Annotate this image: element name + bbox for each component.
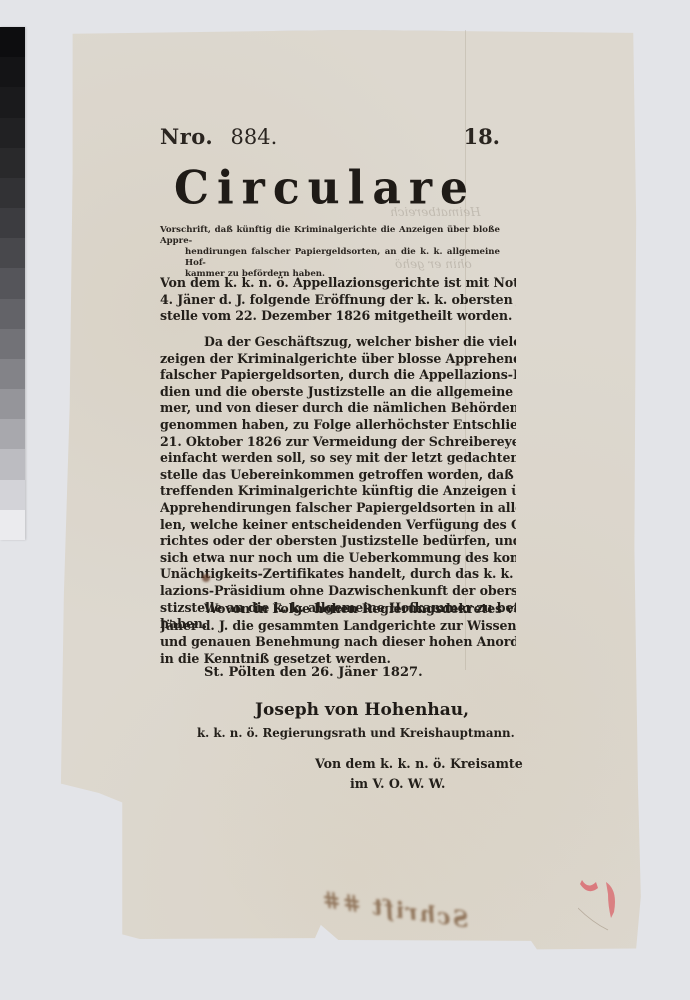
issuer-line: im V. O. W. W. [350, 776, 445, 791]
subtitle-line: Vorschrift, daß künftig die Kriminalgeri… [160, 225, 500, 247]
calibration-patch [0, 299, 25, 329]
paragraph-line: 21. Oktober 1826 zur Vermeidung der Schr… [160, 434, 516, 451]
document-number: Nro. 884. [160, 124, 277, 149]
calibration-patch [0, 178, 25, 208]
paragraph-line: treffenden Kriminalgerichte künftig die … [160, 483, 516, 500]
calibration-patch [0, 359, 25, 389]
page-number: 18. [463, 124, 500, 149]
paragraph-line: genommen haben, zu Folge allerhöchster E… [160, 417, 516, 434]
calibration-patch [0, 148, 25, 178]
paragraph-line: Wovon in Folge hohen Regierungsdekretes … [160, 601, 516, 618]
calibration-patch [0, 118, 25, 148]
calibration-patch [0, 389, 25, 419]
paragraph-line: dien und die oberste Justizstelle an die… [160, 384, 516, 401]
calibration-patch [0, 87, 25, 117]
paragraph-intro: Von dem k. k. n. ö. Appellazionsgerichte… [160, 275, 516, 325]
red-stamp-fragment [578, 878, 626, 934]
paragraph-line: Jäner d. J. die gesammten Landgerichte z… [160, 618, 516, 635]
calibration-patch [0, 480, 25, 510]
signer-title: k. k. n. ö. Regierungsrath und Kreishaup… [197, 726, 515, 740]
document-subtitle: Vorschrift, daß künftig die Kriminalgeri… [160, 225, 500, 280]
paragraph-line: zeigen der Kriminalgerichte über blosse … [160, 351, 516, 368]
paragraph-decree: Wovon in Folge hohen Regierungsdekretes … [160, 601, 516, 667]
calibration-patch [0, 268, 25, 298]
grayscale-calibration-strip [0, 27, 25, 540]
calibration-patch [0, 329, 25, 359]
paragraph-line: Unächtigkeits-Zertifikates handelt, durc… [160, 566, 516, 583]
paragraph-line: stelle vom 22. Dezember 1826 mitgetheilt… [160, 308, 516, 325]
paragraph-line: falscher Papiergeldsorten, durch die App… [160, 367, 516, 384]
paragraph-line: einfacht werden soll, so sey mit der let… [160, 450, 516, 467]
document-title: Circulare [150, 162, 500, 216]
calibration-patch [0, 57, 25, 87]
paragraph-line: stelle das Uebereinkommen getroffen word… [160, 467, 516, 484]
signer-name: Joseph von Hohenhau, [255, 700, 469, 720]
paragraph-line: und genauen Benehmung nach dieser hohen … [160, 634, 516, 651]
number-value: 884. [231, 125, 278, 149]
calibration-patch [0, 510, 25, 540]
calibration-patch [0, 27, 25, 57]
paragraph-main: Da der Geschäftszug, welcher bisher die … [160, 334, 516, 633]
number-label: Nro. [160, 124, 213, 149]
paragraph-line: sich etwa nur noch um die Ueberkommung d… [160, 550, 516, 567]
place-date: St. Pölten den 26. Jäner 1827. [204, 665, 423, 680]
paragraph-line: Da der Geschäftszug, welcher bisher die … [160, 334, 516, 351]
calibration-patch [0, 419, 25, 449]
calibration-patch [0, 238, 25, 268]
issuer-line: Von dem k. k. n. ö. Kreisamte [315, 756, 523, 771]
paragraph-line: Apprehendirungen falscher Papiergeldsort… [160, 500, 516, 517]
paragraph-line: Von dem k. k. n. ö. Appellazionsgerichte… [160, 275, 516, 292]
paragraph-line: richtes oder der obersten Justizstelle b… [160, 533, 516, 550]
paragraph-line: lazions-Präsidium ohne Dazwischenkunft d… [160, 583, 516, 600]
calibration-patch [0, 208, 25, 238]
paragraph-line: mer, und von dieser durch die nämlichen … [160, 400, 516, 417]
subtitle-line: hendirungen falscher Papiergeldsorten, a… [160, 247, 500, 269]
document-header: Nro. 884. 18. [160, 124, 500, 149]
paragraph-line: 4. Jäner d. J. folgende Eröffnung der k.… [160, 292, 516, 309]
ink-stain [202, 574, 210, 582]
paragraph-line: len, welche keiner entscheidenden Verfüg… [160, 517, 516, 534]
calibration-patch [0, 449, 25, 479]
